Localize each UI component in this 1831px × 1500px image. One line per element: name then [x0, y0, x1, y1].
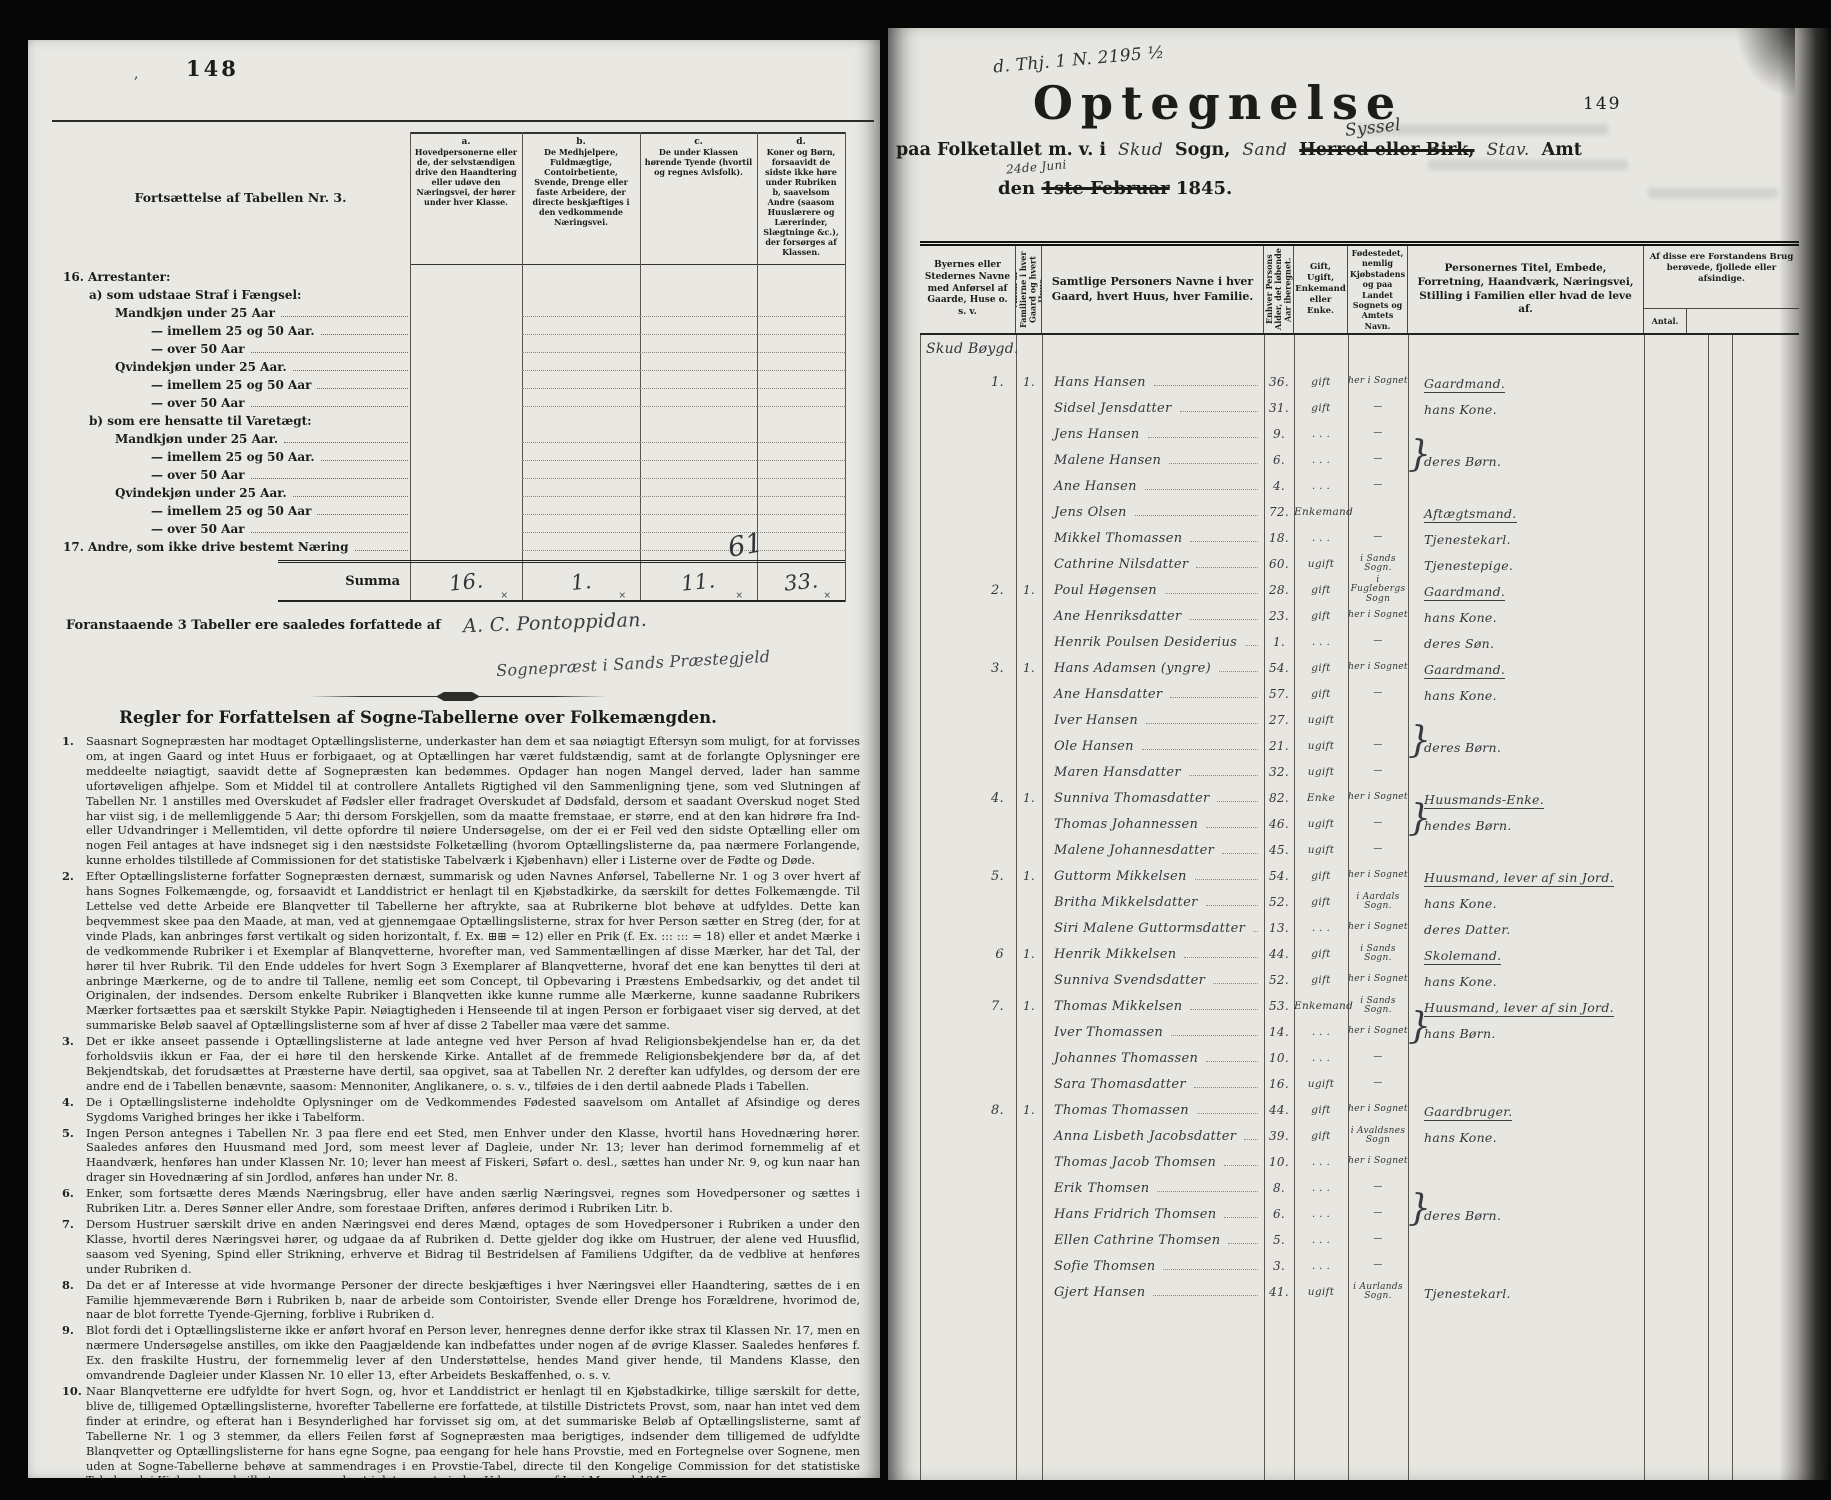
cell-d	[757, 406, 845, 407]
person-age: 1.	[1264, 635, 1294, 649]
birthplace: i Sands Sogn.	[1348, 997, 1408, 1016]
dotted-leader	[355, 550, 408, 551]
marital-status: gift	[1294, 1130, 1348, 1142]
person-name: Sara Thomasdatter	[1054, 1077, 1186, 1092]
census-row: Sunniva Svendsdatter 52. gift her i Sogn…	[920, 967, 1799, 993]
census-row: Jens Hansen 9. . . . —	[920, 421, 1799, 447]
census-row: Ane Hansdatter 57. gift — hans Kone.	[920, 681, 1799, 707]
birthplace: —	[1348, 637, 1408, 646]
person-age: 21.	[1264, 739, 1294, 753]
rule-paragraph: 3. Det er ikke anseet passende i Optælli…	[60, 1034, 860, 1094]
date-line: den 1ste Februar 1845.	[998, 178, 1232, 199]
herred-label-struck: Herred eller Birk,	[1299, 140, 1474, 160]
birthplace: her i Sognet	[1348, 871, 1408, 880]
occupation-cell: Huusmands-Enke.	[1408, 789, 1799, 808]
ink-speck: ,	[134, 66, 138, 82]
person-name: Henrik Mikkelsen	[1054, 947, 1176, 962]
rule-text: Dersom Hustruer særskilt drive en anden …	[86, 1217, 860, 1276]
cell-d	[757, 496, 845, 497]
family-count: 1.	[1016, 661, 1042, 675]
person-name: Britha Mikkelsdatter	[1054, 895, 1198, 910]
occupation-cell: Gaardmand.	[1408, 581, 1799, 600]
person-name-cell: Thomas Mikkelsen	[1042, 999, 1264, 1014]
person-age: 23.	[1264, 609, 1294, 623]
dotted-leader	[251, 478, 408, 479]
cell-d	[757, 388, 845, 389]
family-count: 1.	[1016, 791, 1042, 805]
marital-status: . . .	[1294, 454, 1348, 466]
occupation-cell: Tjenestepige.	[1408, 555, 1799, 574]
cell-b	[522, 352, 640, 353]
marital-status: . . .	[1294, 1156, 1348, 1168]
cell-d	[757, 334, 845, 335]
birthplace: —	[1348, 403, 1408, 412]
farm-number: 6	[920, 947, 1016, 962]
person-age: 36.	[1264, 375, 1294, 389]
summa-value-c: 11.	[640, 570, 757, 594]
occupation: Aftægtsmand.	[1424, 506, 1517, 523]
person-name: Iver Thomassen	[1054, 1025, 1163, 1040]
occupation-cell: Huusmand, lever af sin Jord.	[1408, 867, 1799, 886]
person-age: 4.	[1264, 479, 1294, 493]
left-page: , 148 Fortsættelse af Tabellen Nr. 3. a.…	[28, 40, 880, 1478]
person-name: Iver Hansen	[1054, 713, 1138, 728]
date-handwritten: 24de Juni	[1006, 157, 1068, 176]
table-column-header: a. Hovedpersonerne eller de, der selvstæ…	[410, 134, 522, 264]
cell-d	[757, 460, 845, 461]
occupation: Huusmand, lever af sin Jord.	[1424, 870, 1614, 887]
person-name: Sidsel Jensdatter	[1054, 401, 1172, 416]
person-age: 3.	[1264, 1259, 1294, 1273]
person-name-cell: Thomas Johannessen	[1042, 817, 1264, 832]
column-description: De Medhjelpere, Fuldmægtige, Contoirbeti…	[526, 147, 636, 227]
census-row: Britha Mikkelsdatter 52. gift i Aardals …	[920, 889, 1799, 915]
category-row: — imellem 25 og 50 Aar.	[63, 320, 845, 338]
amt-handwritten: Stav.	[1487, 140, 1530, 160]
person-age: 54.	[1264, 869, 1294, 883]
census-row: 8. 1. Thomas Thomassen 44. gift her i So…	[920, 1097, 1799, 1123]
summa-value-b: 1.	[522, 570, 640, 594]
subtitle-line: paa Folketallet m. v. i Skud Sogn, Sand …	[896, 140, 1796, 160]
census-row: Erik Thomsen 8. . . . —	[920, 1175, 1799, 1201]
person-name-cell: Jens Hansen	[1042, 427, 1264, 442]
census-row: 2. 1. Poul Høgensen 28. gift i Fugleberg…	[920, 577, 1799, 603]
cell-d	[757, 550, 845, 551]
person-name-cell: Sunniva Thomasdatter	[1042, 791, 1264, 806]
birthplace: —	[1348, 1079, 1408, 1088]
dotted-leader	[281, 316, 408, 317]
rules-paragraphs: 1. Saasnart Sognepræsten har modtaget Op…	[60, 734, 860, 1478]
attestation-text: Foranstaaende 3 Tabeller ere saaledes fo…	[66, 618, 441, 633]
person-name: Sunniva Svendsdatter	[1054, 973, 1205, 988]
cell-b	[522, 442, 640, 443]
family-count: 1.	[1016, 869, 1042, 883]
date-pre: den	[998, 178, 1035, 199]
farm-number: 4.	[920, 791, 1016, 806]
sogn-label: Sogn,	[1175, 140, 1230, 160]
column-insane: Af disse ere Forstandens Brug berøvede, …	[1644, 246, 1799, 333]
person-name: Ole Hansen	[1054, 739, 1134, 754]
occupation-cell: Aftægtsmand.	[1408, 503, 1799, 522]
handwritten-mark: 61	[726, 527, 766, 564]
occupation: hans Kone.	[1424, 896, 1497, 911]
marital-status: ugift	[1294, 844, 1348, 856]
person-name: Sofie Thomsen	[1054, 1259, 1155, 1274]
occupation-cell: hans Børn.	[1408, 1023, 1799, 1042]
birthplace: —	[1348, 455, 1408, 464]
marital-status: ugift	[1294, 740, 1348, 752]
occupation-cell: hans Kone.	[1408, 971, 1799, 990]
occupation-cell: deres Børn.	[1408, 451, 1799, 470]
herred-handwritten: Sand	[1242, 140, 1287, 160]
rule-text: Saasnart Sognepræsten har modtaget Optæl…	[86, 734, 860, 867]
census-row: Ane Henriksdatter 23. gift her i Sognet …	[920, 603, 1799, 629]
rule-text: Ingen Person antegnes i Tabellen Nr. 3 p…	[86, 1126, 860, 1185]
person-name: Sunniva Thomasdatter	[1054, 791, 1209, 806]
marital-status: Enke	[1294, 792, 1348, 804]
person-name: Thomas Jacob Thomsen	[1054, 1155, 1216, 1170]
census-row: Sidsel Jensdatter 31. gift — hans Kone.	[920, 395, 1799, 421]
cell-d	[757, 478, 845, 479]
person-age: 9.	[1264, 427, 1294, 441]
occupation: Tjenestekarl.	[1424, 1286, 1511, 1301]
marital-status: gift	[1294, 948, 1348, 960]
rule-text: Det er ikke anseet passende i Optællings…	[86, 1034, 860, 1093]
rule-paragraph: 10. Naar Blanqvetterne ere udfyldte for …	[60, 1384, 860, 1478]
rule-number: 1.	[62, 734, 74, 749]
person-name-cell: Guttorm Mikkelsen	[1042, 869, 1264, 884]
marital-status: ugift	[1294, 714, 1348, 726]
category-row: — over 50 Aar	[63, 338, 845, 356]
cell-d	[757, 370, 845, 371]
scan-edge-shadow	[1779, 28, 1831, 1480]
birthplace: i Fuglebergs Sogn	[1348, 576, 1408, 604]
section-divider	[308, 696, 608, 697]
cell-b	[522, 496, 640, 497]
person-name-cell: Hans Fridrich Thomsen	[1042, 1207, 1264, 1222]
column-description: Koner og Børn, forsaavidt de sidste ikke…	[761, 147, 841, 257]
person-age: 53.	[1264, 999, 1294, 1013]
occupation-cell: hans Kone.	[1408, 399, 1799, 418]
person-age: 6.	[1264, 453, 1294, 467]
rule-number: 10.	[62, 1384, 82, 1399]
marital-status: . . .	[1294, 1182, 1348, 1194]
occupation: hans Børn.	[1424, 1026, 1496, 1041]
table-column-header: d. Koner og Børn, forsaavidt de sidste i…	[757, 134, 845, 264]
person-age: 46.	[1264, 817, 1294, 831]
occupation-cell: deres Søn.	[1408, 633, 1799, 652]
occupation: deres Datter.	[1424, 922, 1511, 937]
occupation-cell: hans Kone.	[1408, 607, 1799, 626]
person-name-cell: Cathrine Nilsdatter	[1042, 557, 1264, 572]
marital-status: . . .	[1294, 922, 1348, 934]
group-brace	[1408, 434, 1431, 475]
occupation-cell: hans Kone.	[1408, 685, 1799, 704]
person-age: 72.	[1264, 505, 1294, 519]
farm-number: 2.	[920, 583, 1016, 598]
category-row: Mandkjøn under 25 Aar.	[63, 428, 845, 446]
category-label: — over 50 Aar	[151, 342, 245, 356]
marital-status: . . .	[1294, 1260, 1348, 1272]
birthplace: i Sands Sogn.	[1348, 555, 1408, 574]
rule-paragraph: 2. Efter Optællingslisterne forfatter So…	[60, 869, 860, 1033]
census-rows: 1. 1. Hans Hansen 36. gift her i Sognet …	[920, 369, 1799, 1305]
cell-b	[522, 316, 640, 317]
marital-status: . . .	[1294, 532, 1348, 544]
rule-text: Naar Blanqvetterne ere udfyldte for hver…	[86, 1384, 860, 1478]
cell-c	[640, 316, 757, 317]
person-age: 8.	[1264, 1181, 1294, 1195]
dotted-leader	[284, 442, 408, 443]
category-label: — over 50 Aar	[151, 396, 245, 410]
person-age: 13.	[1264, 921, 1294, 935]
person-name: Hans Hansen	[1054, 375, 1146, 390]
continuation-table-header: a. Hovedpersonerne eller de, der selvstæ…	[410, 132, 845, 265]
census-row: 4. 1. Sunniva Thomasdatter 82. Enke her …	[920, 785, 1799, 811]
person-name: Anna Lisbeth Jacobsdatter	[1054, 1129, 1236, 1144]
category-row: — imellem 25 og 50 Aar	[63, 374, 845, 392]
birthplace: —	[1348, 819, 1408, 828]
census-row: Malene Hansen 6. . . . — deres Børn.	[920, 447, 1799, 473]
column-family-count: Antal af Familierne i hver Gaard og hver…	[1016, 246, 1042, 333]
census-row: Sofie Thomsen 3. . . . —	[920, 1253, 1799, 1279]
person-name-cell: Maren Hansdatter	[1042, 765, 1264, 780]
person-name: Hans Adamsen (yngre)	[1054, 661, 1211, 676]
dotted-leader	[251, 352, 408, 353]
rule-text: Efter Optællingslisterne forfatter Sogne…	[86, 869, 860, 1032]
category-label: — imellem 25 og 50 Aar.	[151, 450, 315, 464]
person-name: Siri Malene Guttormsdatter	[1054, 921, 1245, 936]
cell-b	[522, 478, 640, 479]
column-occupation: Personernes Titel, Embede, Forretning, H…	[1408, 246, 1644, 333]
table-column-header: c. De under Klassen hørende Tyende (hvor…	[640, 134, 757, 264]
person-name: Thomas Thomassen	[1054, 1103, 1189, 1118]
person-name-cell: Ellen Cathrine Thomsen	[1042, 1233, 1264, 1248]
occupation-cell: hans Kone.	[1408, 1127, 1799, 1146]
header-rule	[52, 120, 874, 122]
census-row: 3. 1. Hans Adamsen (yngre) 54. gift her …	[920, 655, 1799, 681]
occupation: Gaardbruger.	[1424, 1104, 1512, 1121]
person-age: 18.	[1264, 531, 1294, 545]
rule-number: 8.	[62, 1278, 74, 1293]
person-age: 28.	[1264, 583, 1294, 597]
birthplace: —	[1348, 1261, 1408, 1270]
person-age: 45.	[1264, 843, 1294, 857]
column-marital-status: Gift, Ugift, Enkemand eller Enke.	[1294, 246, 1348, 333]
category-label: — imellem 25 og 50 Aar	[151, 378, 311, 392]
table-gridline	[845, 132, 846, 602]
marital-status: Enkemand	[1294, 1000, 1348, 1012]
person-age: 44.	[1264, 1103, 1294, 1117]
person-name-cell: Sofie Thomsen	[1042, 1259, 1264, 1274]
birthplace: —	[1348, 689, 1408, 698]
marital-status: gift	[1294, 402, 1348, 414]
cell-c	[640, 514, 757, 515]
census-row: Maren Hansdatter 32. ugift —	[920, 759, 1799, 785]
birthplace: —	[1348, 429, 1408, 438]
family-count: 1.	[1016, 583, 1042, 597]
cell-d	[757, 316, 845, 317]
marital-status: gift	[1294, 870, 1348, 882]
occupation-cell: Tjenestekarl.	[1408, 529, 1799, 548]
amt-label: Amt	[1542, 140, 1582, 160]
census-row: Gjert Hansen 41. ugift i Aurlands Sogn. …	[920, 1279, 1799, 1305]
rule-paragraph: 7. Dersom Hustruer særskilt drive en and…	[60, 1217, 860, 1277]
rule-number: 9.	[62, 1323, 74, 1338]
census-row: Iver Thomassen 14. . . . her i Sognet ha…	[920, 1019, 1799, 1045]
person-age: 32.	[1264, 765, 1294, 779]
person-name: Ane Hansen	[1054, 479, 1137, 494]
person-name-cell: Malene Hansen	[1042, 453, 1264, 468]
occupation-cell: Gaardmand.	[1408, 373, 1799, 392]
rule-number: 4.	[62, 1095, 74, 1110]
person-age: 52.	[1264, 895, 1294, 909]
category-label: — over 50 Aar	[151, 468, 245, 482]
person-name: Hans Fridrich Thomsen	[1054, 1207, 1216, 1222]
occupation-cell: hans Kone.	[1408, 893, 1799, 912]
category-label: — over 50 Aar	[151, 522, 245, 536]
census-row: Malene Johannesdatter 45. ugift —	[920, 837, 1799, 863]
census-row: 6 1. Henrik Mikkelsen 44. gift i Sands S…	[920, 941, 1799, 967]
birthplace: her i Sognet	[1348, 975, 1408, 984]
rule-number: 2.	[62, 869, 74, 884]
rule-number: 5.	[62, 1126, 74, 1141]
person-age: 57.	[1264, 687, 1294, 701]
marital-status: ugift	[1294, 766, 1348, 778]
district-heading: Skud Bøygd.	[926, 341, 1019, 357]
occupation: Gaardmand.	[1424, 584, 1505, 601]
right-page: d. Thj. 1 N. 2195 ½ Optegnelse 149 paa F…	[888, 28, 1831, 1480]
scan-background: , 148 Fortsættelse af Tabellen Nr. 3. a.…	[0, 0, 1831, 1500]
occupation: Tjenestekarl.	[1424, 532, 1511, 547]
occupation-cell: deres Børn.	[1408, 1205, 1799, 1224]
census-row: Hans Fridrich Thomsen 6. . . . — deres B…	[920, 1201, 1799, 1227]
person-name-cell: Ane Hansen	[1042, 479, 1264, 494]
occupation-cell: Gaardmand.	[1408, 659, 1799, 678]
person-age: 52.	[1264, 973, 1294, 987]
marital-status: gift	[1294, 662, 1348, 674]
birthplace: i Sands Sogn.	[1348, 945, 1408, 964]
farm-number: 5.	[920, 869, 1016, 884]
birthplace: her i Sognet	[1348, 1157, 1408, 1166]
person-name-cell: Henrik Mikkelsen	[1042, 947, 1264, 962]
occupation: hans Kone.	[1424, 402, 1497, 417]
column-person-names: Samtlige Personers Navne i hver Gaard, h…	[1042, 246, 1264, 333]
person-age: 5.	[1264, 1233, 1294, 1247]
occupation: deres Børn.	[1424, 740, 1501, 755]
person-name-cell: Ane Henriksdatter	[1042, 609, 1264, 624]
marital-status: . . .	[1294, 1208, 1348, 1220]
person-name-cell: Ane Hansdatter	[1042, 687, 1264, 702]
occupation: Gaardmand.	[1424, 376, 1505, 393]
group-brace	[1408, 1188, 1431, 1229]
census-row: Sara Thomasdatter 16. ugift —	[920, 1071, 1799, 1097]
rule-paragraph: 5. Ingen Person antegnes i Tabellen Nr. …	[60, 1126, 860, 1186]
farm-number: 1.	[920, 375, 1016, 390]
person-name: Ane Henriksdatter	[1054, 609, 1181, 624]
census-row: Cathrine Nilsdatter 60. ugift i Sands So…	[920, 551, 1799, 577]
census-table-body: Skud Bøygd. 1. 1. Hans Hansen 36. gift h…	[920, 335, 1799, 1480]
census-row: Johannes Thomassen 10. . . . —	[920, 1045, 1799, 1071]
birthplace: her i Sognet	[1348, 793, 1408, 802]
occupation-cell: Tjenestekarl.	[1408, 1283, 1799, 1302]
table-caption: Fortsættelse af Tabellen Nr. 3.	[88, 190, 393, 205]
category-label: — imellem 25 og 50 Aar	[151, 504, 311, 518]
family-count: 1.	[1016, 947, 1042, 961]
category-label: b) som ere hensatte til Varetægt:	[89, 414, 312, 428]
column-letter: a.	[414, 137, 518, 147]
census-row: Thomas Johannessen 46. ugift — hendes Bø…	[920, 811, 1799, 837]
birthplace: her i Sognet	[1348, 1105, 1408, 1114]
rule-paragraph: 6. Enker, som fortsætte deres Mænds Næri…	[60, 1186, 860, 1216]
birthplace: —	[1348, 533, 1408, 542]
farm-number: 3.	[920, 661, 1016, 676]
person-name-cell: Hans Adamsen (yngre)	[1042, 661, 1264, 676]
person-name: Mikkel Thomassen	[1054, 531, 1182, 546]
birthplace: —	[1348, 481, 1408, 490]
rule-text: Enker, som fortsætte deres Mænds Nærings…	[86, 1186, 860, 1215]
summa-label: Summa	[278, 574, 410, 589]
rule-number: 7.	[62, 1217, 74, 1232]
person-name-cell: Johannes Thomassen	[1042, 1051, 1264, 1066]
person-name: Malene Johannesdatter	[1054, 843, 1214, 858]
marital-status: ugift	[1294, 558, 1348, 570]
census-row: Ane Hansen 4. . . . —	[920, 473, 1799, 499]
bleedthrough-smudge	[1428, 160, 1628, 170]
person-name-cell: Jens Olsen	[1042, 505, 1264, 520]
occupation-cell: deres Datter.	[1408, 919, 1799, 938]
cell-c	[640, 352, 757, 353]
category-row: — over 50 Aar	[63, 392, 845, 410]
dotted-leader	[321, 334, 408, 335]
person-name-cell: Erik Thomsen	[1042, 1181, 1264, 1196]
person-name-cell: Hans Hansen	[1042, 375, 1264, 390]
birthplace: —	[1348, 767, 1408, 776]
person-name-cell: Iver Hansen	[1042, 713, 1264, 728]
birthplace: her i Sognet	[1348, 377, 1408, 386]
summa-value-d: 33.	[757, 570, 845, 594]
rule-number: 6.	[62, 1186, 74, 1201]
category-label: Qvindekjøn under 25 Aar.	[115, 486, 287, 500]
person-name-cell: Thomas Thomassen	[1042, 1103, 1264, 1118]
occupation: Huusmand, lever af sin Jord.	[1424, 1000, 1614, 1017]
category-label: Mandkjøn under 25 Aar.	[115, 432, 278, 446]
occupation: hans Kone.	[1424, 610, 1497, 625]
person-age: 82.	[1264, 791, 1294, 805]
person-name: Erik Thomsen	[1054, 1181, 1149, 1196]
group-brace	[1408, 798, 1431, 839]
category-label: 17. Andre, som ikke drive bestemt Næring	[63, 540, 349, 554]
census-row: Jens Olsen 72. Enkemand Aftægtsmand.	[920, 499, 1799, 525]
person-name: Ellen Cathrine Thomsen	[1054, 1233, 1220, 1248]
person-name-cell: Gjert Hansen	[1042, 1285, 1264, 1300]
person-name: Malene Hansen	[1054, 453, 1161, 468]
cell-d	[757, 514, 845, 515]
marital-status: ugift	[1294, 818, 1348, 830]
census-row: 5. 1. Guttorm Mikkelsen 54. gift her i S…	[920, 863, 1799, 889]
journal-number-note: d. Thj. 1 N. 2195 ½	[992, 43, 1165, 78]
person-name-cell: Poul Høgensen	[1042, 583, 1264, 598]
person-age: 16.	[1264, 1077, 1294, 1091]
marital-status: gift	[1294, 688, 1348, 700]
person-name-cell: Iver Thomassen	[1042, 1025, 1264, 1040]
subtitle-pre: paa Folketallet m. v. i	[896, 140, 1106, 160]
dotted-leader	[321, 460, 408, 461]
birthplace: her i Sognet	[1348, 923, 1408, 932]
column-description: De under Klassen hørende Tyende (hvortil…	[644, 147, 753, 177]
birthplace: her i Sognet	[1348, 1027, 1408, 1036]
marital-status: . . .	[1294, 480, 1348, 492]
